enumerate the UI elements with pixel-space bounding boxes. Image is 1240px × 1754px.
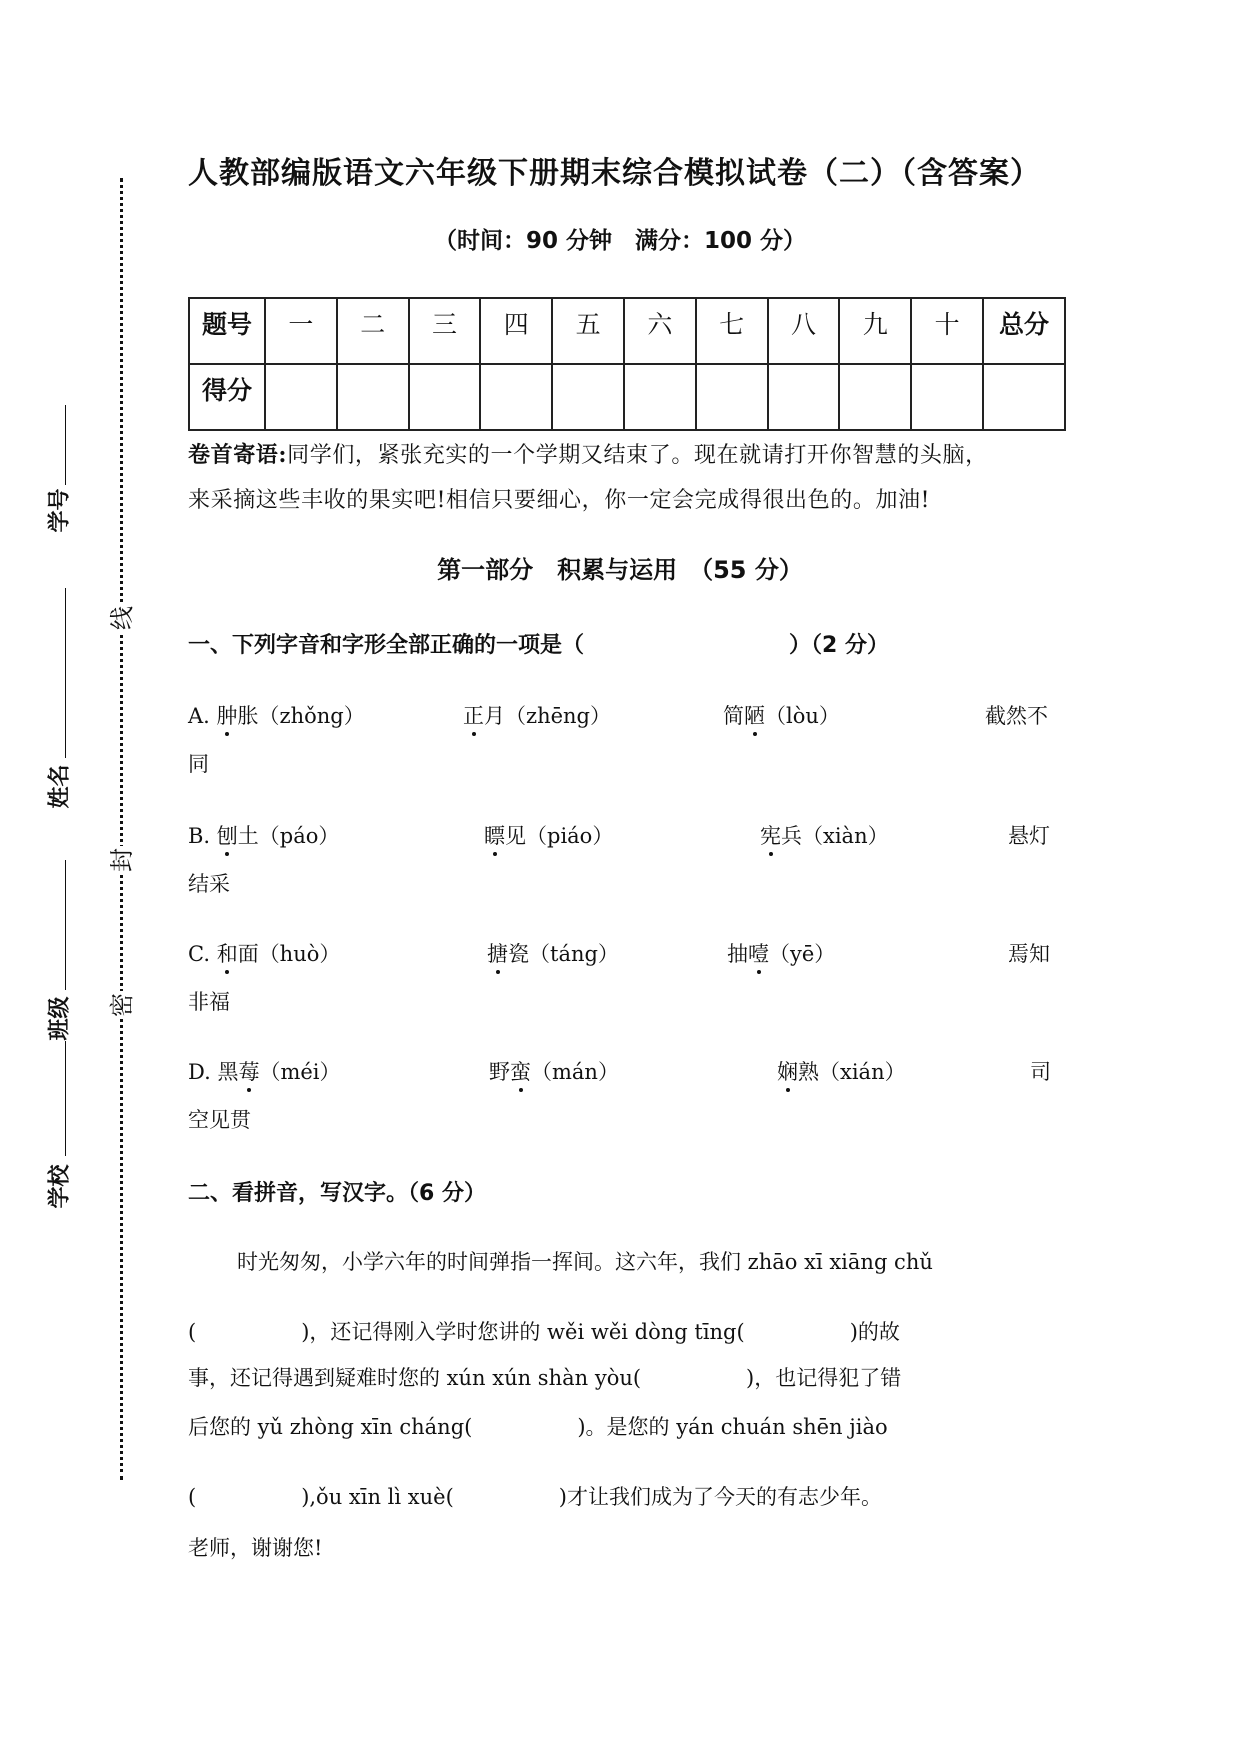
option-c-word-1: 和面（huò） [217, 942, 341, 966]
q2-line-3[interactable]: 事，还记得遇到疑难时您的 xún xún shàn yòu( )，也记得犯了错 [188, 1362, 901, 1392]
q2-line-1: 时光匆匆，小学六年的时间弹指一挥间。这六年，我们 zhāo xī xiāng c… [237, 1246, 933, 1276]
class-label: 班级 [38, 990, 78, 1046]
option-b-idiom-end: 结采 [188, 868, 230, 898]
col-10: 十 [911, 298, 983, 364]
option-d-word-2: 野蛮（mán） [489, 1056, 619, 1086]
name-label: 姓名 [38, 758, 78, 814]
preface-label: 卷首寄语: [188, 442, 287, 468]
student-id-label: 学号 [38, 482, 78, 538]
col-7: 七 [696, 298, 768, 364]
preface-line-2: 来采摘这些丰收的果实吧!相信只要细心，你一定会完成得很出色的。加油! [188, 478, 1068, 524]
question-2-prompt: 二、看拼音，写汉字。（6 分） [188, 1176, 486, 1207]
q2-line-5[interactable]: ( ),ǒu xīn lì xuè( )才让我们成为了今天的有志少年。 [188, 1481, 882, 1511]
option-a-word-3: 简陋（lòu） [723, 700, 840, 730]
col-1: 一 [265, 298, 337, 364]
row-header-score: 得分 [189, 364, 265, 430]
exam-title: 人教部编版语文六年级下册期末综合模拟试卷（二）（含答案） [188, 148, 1048, 192]
preface-text-1: 同学们，紧张充实的一个学期又结束了。现在就请打开你智慧的头脑， [287, 443, 988, 468]
col-5: 五 [552, 298, 624, 364]
question-1-prompt: 一、下列字音和字形全部正确的一项是（）（2 分） [188, 628, 889, 659]
score-table-header-row: 题号 一 二 三 四 五 六 七 八 九 十 总分 [189, 298, 1065, 364]
question-1-text: 一、下列字音和字形全部正确的一项是（ [188, 633, 584, 658]
score-cell-total[interactable] [983, 364, 1065, 430]
score-cell-8[interactable] [768, 364, 840, 430]
score-cell-5[interactable] [552, 364, 624, 430]
option-c-word-2: 搪瓷（táng） [487, 938, 619, 968]
option-d[interactable]: D. 黑莓（méi） [188, 1056, 341, 1086]
q2-line-6: 老师，谢谢您! [188, 1532, 322, 1562]
seal-mark-feng: 封 [108, 846, 136, 874]
option-d-idiom-end: 空见贯 [188, 1104, 251, 1134]
option-letter: C. [188, 942, 210, 966]
option-b-word-3: 宪兵（xiàn） [760, 820, 889, 850]
option-letter: D. [188, 1060, 211, 1084]
score-cell-9[interactable] [839, 364, 911, 430]
name-underline[interactable] [65, 588, 66, 758]
exam-subtitle: （时间：90 分钟 满分：100 分） [0, 222, 1240, 255]
q2-line-4[interactable]: 后您的 yǔ zhòng xīn cháng( )。是您的 yán chuán … [188, 1411, 888, 1441]
option-b[interactable]: B. 刨土（páo） [188, 820, 339, 850]
score-cell-6[interactable] [624, 364, 696, 430]
option-c-word-3: 抽噎（yē） [727, 938, 835, 968]
score-cell-7[interactable] [696, 364, 768, 430]
col-8: 八 [768, 298, 840, 364]
option-d-word-1: 黑莓（méi） [217, 1060, 340, 1084]
score-cell-10[interactable] [911, 364, 983, 430]
seal-mark-xian: 线 [108, 604, 136, 632]
score-cell-1[interactable] [265, 364, 337, 430]
question-1-points: ）（2 分） [789, 633, 889, 658]
preface-line-1: 卷首寄语:同学们，紧张充实的一个学期又结束了。现在就请打开你智慧的头脑， [188, 432, 1068, 479]
option-a-idiom-start: 截然不 [985, 700, 1048, 730]
score-table: 题号 一 二 三 四 五 六 七 八 九 十 总分 得分 [188, 297, 1066, 431]
option-c[interactable]: C. 和面（huò） [188, 938, 340, 968]
option-c-idiom-end: 非福 [188, 986, 230, 1016]
option-letter: A. [188, 704, 210, 728]
score-table-score-row: 得分 [189, 364, 1065, 430]
option-b-word-1: 刨土（páo） [217, 824, 340, 848]
option-b-word-2: 瞟见（piáo） [484, 820, 613, 850]
option-a[interactable]: A. 肿胀（zhǒng） [188, 700, 365, 730]
school-label: 学校 [38, 1158, 78, 1214]
col-total: 总分 [983, 298, 1065, 364]
col-6: 六 [624, 298, 696, 364]
q2-line-2[interactable]: ( )，还记得刚入学时您讲的 wěi wěi dòng tīng( )的故 [188, 1316, 900, 1346]
student-id-underline[interactable] [65, 405, 66, 485]
option-a-word-2: 正月（zhēng） [463, 700, 611, 730]
col-4: 四 [480, 298, 552, 364]
option-b-idiom-start: 悬灯 [1008, 820, 1050, 850]
option-d-idiom-start: 司 [1030, 1056, 1051, 1086]
col-3: 三 [409, 298, 481, 364]
option-a-idiom-end: 同 [188, 748, 209, 778]
option-d-word-3: 娴熟（xián） [777, 1056, 906, 1086]
section-heading: 第一部分 积累与运用 （55 分） [0, 550, 1240, 585]
option-letter: B. [188, 824, 210, 848]
score-cell-2[interactable] [337, 364, 409, 430]
option-a-word-1: 肿胀（zhǒng） [217, 704, 365, 728]
score-cell-4[interactable] [480, 364, 552, 430]
school-underline[interactable] [65, 1041, 66, 1156]
col-9: 九 [839, 298, 911, 364]
row-header-question-no: 题号 [189, 298, 265, 364]
score-cell-3[interactable] [409, 364, 481, 430]
option-c-idiom-start: 焉知 [1008, 938, 1050, 968]
col-2: 二 [337, 298, 409, 364]
seal-mark-mi: 密 [108, 991, 136, 1019]
class-underline[interactable] [65, 860, 66, 990]
binding-dotted-line [120, 178, 123, 1480]
